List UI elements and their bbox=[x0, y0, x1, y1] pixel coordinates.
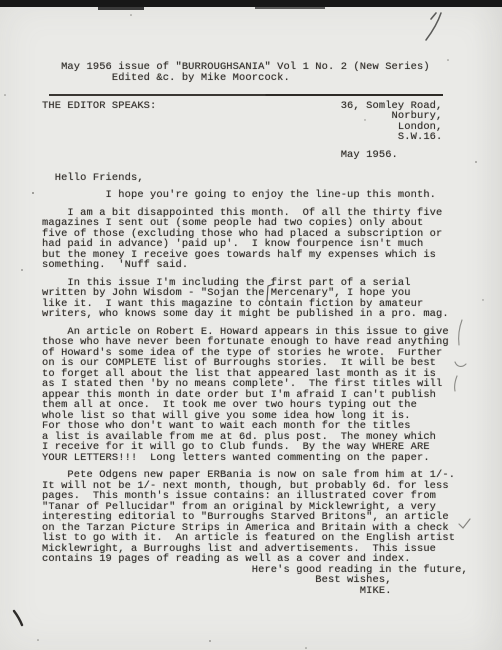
text-line: Best wishes, bbox=[42, 575, 482, 586]
text-line: as I stated then 'by no means complete'.… bbox=[42, 379, 482, 390]
bottom-left-pen-stroke bbox=[14, 611, 22, 625]
editorial-body: Hello Friends, I hope you're going to en… bbox=[42, 173, 482, 597]
text-line: writers, who knows some day it might be … bbox=[42, 309, 482, 320]
text-line: list to go with it. An article is featur… bbox=[42, 533, 482, 544]
handwritten-slash-mark bbox=[426, 13, 441, 40]
typed-content: May 1956 issue of "BURROUGHSANIA" Vol 1 … bbox=[42, 62, 482, 596]
issue-header: May 1956 issue of "BURROUGHSANIA" Vol 1 … bbox=[42, 62, 482, 83]
text-line: on is our COMPLETE list of Burroughs sto… bbox=[42, 358, 482, 369]
header-line: Edited &c. by Mike Moorcock. bbox=[42, 73, 482, 84]
text-line: I receive for it will go to Club funds. … bbox=[42, 442, 482, 453]
masthead-line: Norbury, bbox=[42, 111, 482, 122]
text-line: Hello Friends, bbox=[42, 173, 482, 184]
text-line: YOUR LETTERS!!! Long letters wanted comm… bbox=[42, 453, 482, 464]
masthead-line: May 1956. bbox=[42, 150, 482, 161]
editor-address-block: THE EDITOR SPEAKS: 36, Somley Road, Norb… bbox=[42, 101, 482, 161]
scan-edge-artifact bbox=[0, 0, 502, 7]
text-line: For those who don't want to wait each mo… bbox=[42, 421, 482, 432]
text-line: written by John Wisdom - "Sojan the Merc… bbox=[42, 288, 482, 299]
text-line: magazines I sent out (some people had tw… bbox=[42, 218, 482, 229]
text-line: contains 19 pages of reading as well as … bbox=[42, 554, 482, 565]
text-line: them all at once. It took me over two ho… bbox=[42, 400, 482, 411]
text-line: Pete Odgens new paper ERBania is now on … bbox=[42, 470, 482, 481]
scanned-document-page: May 1956 issue of "BURROUGHSANIA" Vol 1 … bbox=[0, 0, 502, 650]
text-line: something. 'Nuff said. bbox=[42, 260, 482, 271]
text-line: MIKE. bbox=[42, 586, 482, 597]
typed-divider-rule bbox=[49, 94, 443, 96]
masthead-line: S.W.16. bbox=[42, 132, 482, 143]
text-line: interesting editorial to "Burroughs Star… bbox=[42, 512, 482, 523]
header-line: May 1956 issue of "BURROUGHSANIA" Vol 1 … bbox=[42, 62, 482, 73]
text-line: pages. This month's issue contains: an i… bbox=[42, 491, 482, 502]
text-line: I hope you're going to enjoy the line-up… bbox=[42, 190, 482, 201]
text-line: those who have never been fortunate enou… bbox=[42, 337, 482, 348]
handwritten-mark-one bbox=[431, 13, 436, 19]
text-line: had paid in advance) 'paid up'. I know f… bbox=[42, 239, 482, 250]
